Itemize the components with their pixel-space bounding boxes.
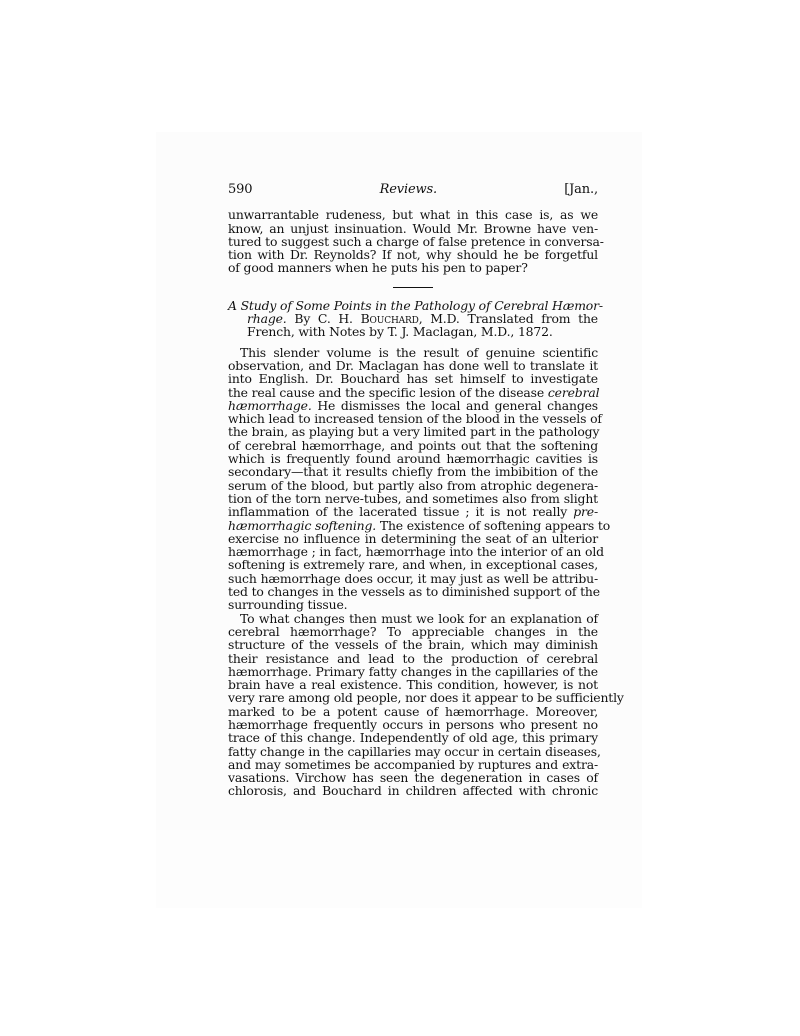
section-divider [393,287,433,288]
text-line: serum of the blood, but partly also from… [228,479,598,492]
text-line: trace of this change. Independently of o… [228,731,598,744]
text-line: surrounding tissue. [228,598,598,611]
text-line: structure of the vessels of the brain, w… [228,638,598,651]
text-line: hæmorrhage frequently occurs in persons … [228,718,598,731]
text-line: softening is extremely rare, and when, i… [228,558,598,571]
text-line: such hæmorrhage does occur, it may just … [228,572,598,585]
running-head: 590 Reviews. [Jan., [228,183,598,196]
text-line: cerebral hæmorrhage? To appreciable chan… [228,625,598,638]
scanned-page-background-tail [156,830,642,908]
text-line: and may sometimes be accompanied by rupt… [228,758,598,771]
text-line: inflammation of the lacerated tissue ; i… [228,505,598,518]
text-line: their resistance and lead to the product… [228,652,598,665]
section-title: Reviews. [380,183,437,196]
text-line: of good manners when he puts his pen to … [228,261,598,274]
date-tag: [Jan., [564,183,598,196]
review-byline: rhage. By C. H. Bouchard, M.D. Translate… [228,312,598,325]
text-line: marked to be a potent cause of hæmorrhag… [228,705,598,718]
text-line: hæmorrhage. Primary fatty changes in the… [228,665,598,678]
page-number: 590 [228,183,252,196]
text-line: hæmorrhagic softening. The existence of … [228,519,598,532]
journal-page: 590 Reviews. [Jan., unwarrantable rudene… [228,183,598,798]
previous-review-ending: unwarrantable rudeness, but what in this… [228,208,598,274]
text-line: unwarrantable rudeness, but what in this… [228,208,598,221]
text-line: This slender volume is the result of gen… [228,346,598,359]
text-line: hæmorrhage ; in fact, hæmorrhage into th… [228,545,598,558]
text-line: To what changes then must we look for an… [228,612,598,625]
text-line: fatty change in the capillaries may occu… [228,745,598,758]
text-line: ted to changes in the vessels as to dimi… [228,585,598,598]
text-line: of cerebral hæmorrhage, and points out t… [228,439,598,452]
text-line: exercise no influence in determining the… [228,532,598,545]
text-line: the real cause and the specific lesion o… [228,386,598,399]
translation-note: French, with Notes by T. J. Maclagan, M.… [228,325,598,338]
text-line: very rare among old people, nor does it … [228,691,598,704]
text-line: brain have a real existence. This condit… [228,678,598,691]
review-paragraph-2: To what changes then must we look for an… [228,612,598,798]
text-line: secondary—that it results chiefly from t… [228,465,598,478]
text-line: the brain, as playing but a very limited… [228,425,598,438]
review-title-line: A Study of Some Points in the Pathology … [228,299,598,312]
text-line: know, an unjust insinuation. Would Mr. B… [228,222,598,235]
text-line: which lead to increased tension of the b… [228,412,598,425]
text-line: chlorosis, and Bouchard in children affe… [228,784,598,797]
text-line: tion with Dr. Reynolds? If not, why shou… [228,248,598,261]
text-line: vasations. Virchow has seen the degenera… [228,771,598,784]
text-line: which is frequently found around hæmorrh… [228,452,598,465]
review-heading: A Study of Some Points in the Pathology … [228,299,598,339]
text-line: hæmorrhage. He dismisses the local and g… [228,399,598,412]
review-paragraph-1: This slender volume is the result of gen… [228,346,598,612]
text-line: tured to suggest such a charge of false … [228,235,598,248]
text-line: into English. Dr. Bouchard has set himse… [228,372,598,385]
text-line: tion of the torn nerve-tubes, and someti… [228,492,598,505]
text-line: observation, and Dr. Maclagan has done w… [228,359,598,372]
